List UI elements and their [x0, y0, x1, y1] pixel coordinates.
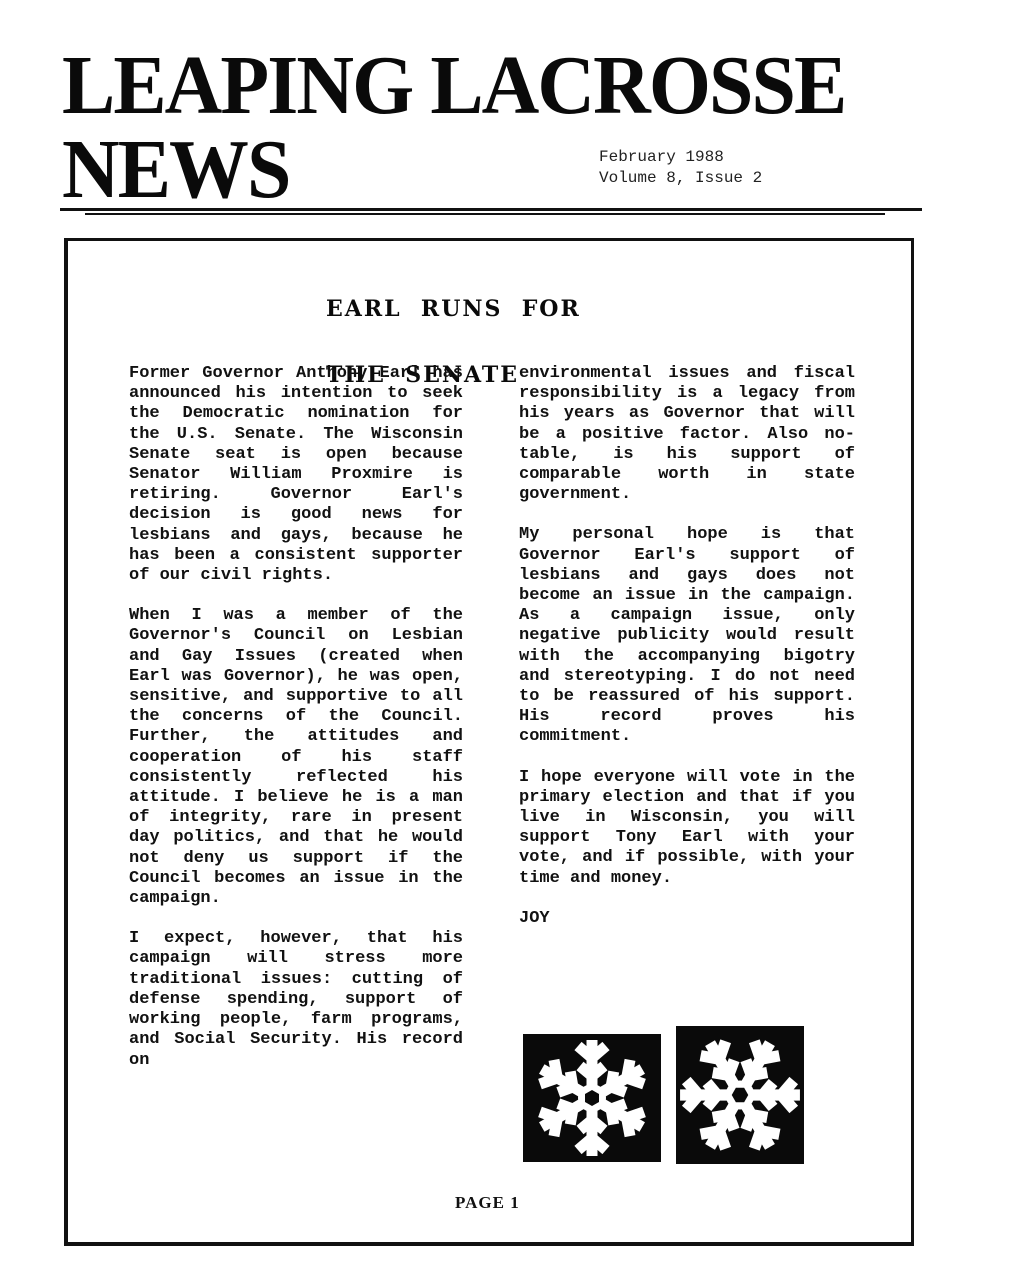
masthead-title-line1: LEAPING LACROSSE — [62, 44, 845, 128]
paragraph: Former Governor Anthony Earl has announc… — [129, 364, 463, 586]
snowflake-illustration-2 — [676, 1026, 804, 1164]
paragraph: My personal hope is that Governor Earl's… — [519, 525, 855, 747]
paragraph: When I was a member of the Governor's Co… — [129, 606, 463, 909]
issue-info: February 1988 Volume 8, Issue 2 — [599, 147, 762, 189]
masthead-rule-top — [60, 208, 922, 211]
masthead-rule-bottom — [85, 213, 885, 215]
article-right-column: environmental issues and fiscal responsi… — [519, 364, 855, 949]
issue-date: February 1988 — [599, 147, 762, 168]
snowflake-icon — [532, 1038, 652, 1158]
paragraph: I hope everyone will vote in the primary… — [519, 768, 855, 889]
article-left-column: Former Governor Anthony Earl has announc… — [129, 364, 463, 1091]
snowflake-icon — [678, 1033, 802, 1157]
paragraph: environmental issues and fiscal responsi… — [519, 364, 855, 505]
page-number: PAGE 1 — [455, 1193, 520, 1213]
snowflake-illustration-1 — [523, 1034, 661, 1162]
author-signature: JOY — [519, 909, 855, 929]
masthead-title-line2: NEWS — [62, 128, 289, 212]
volume-issue: Volume 8, Issue 2 — [599, 168, 762, 189]
headline-line1: EARL RUNS FOR — [326, 298, 581, 320]
paragraph: I expect, however, that his campaign wil… — [129, 929, 463, 1070]
